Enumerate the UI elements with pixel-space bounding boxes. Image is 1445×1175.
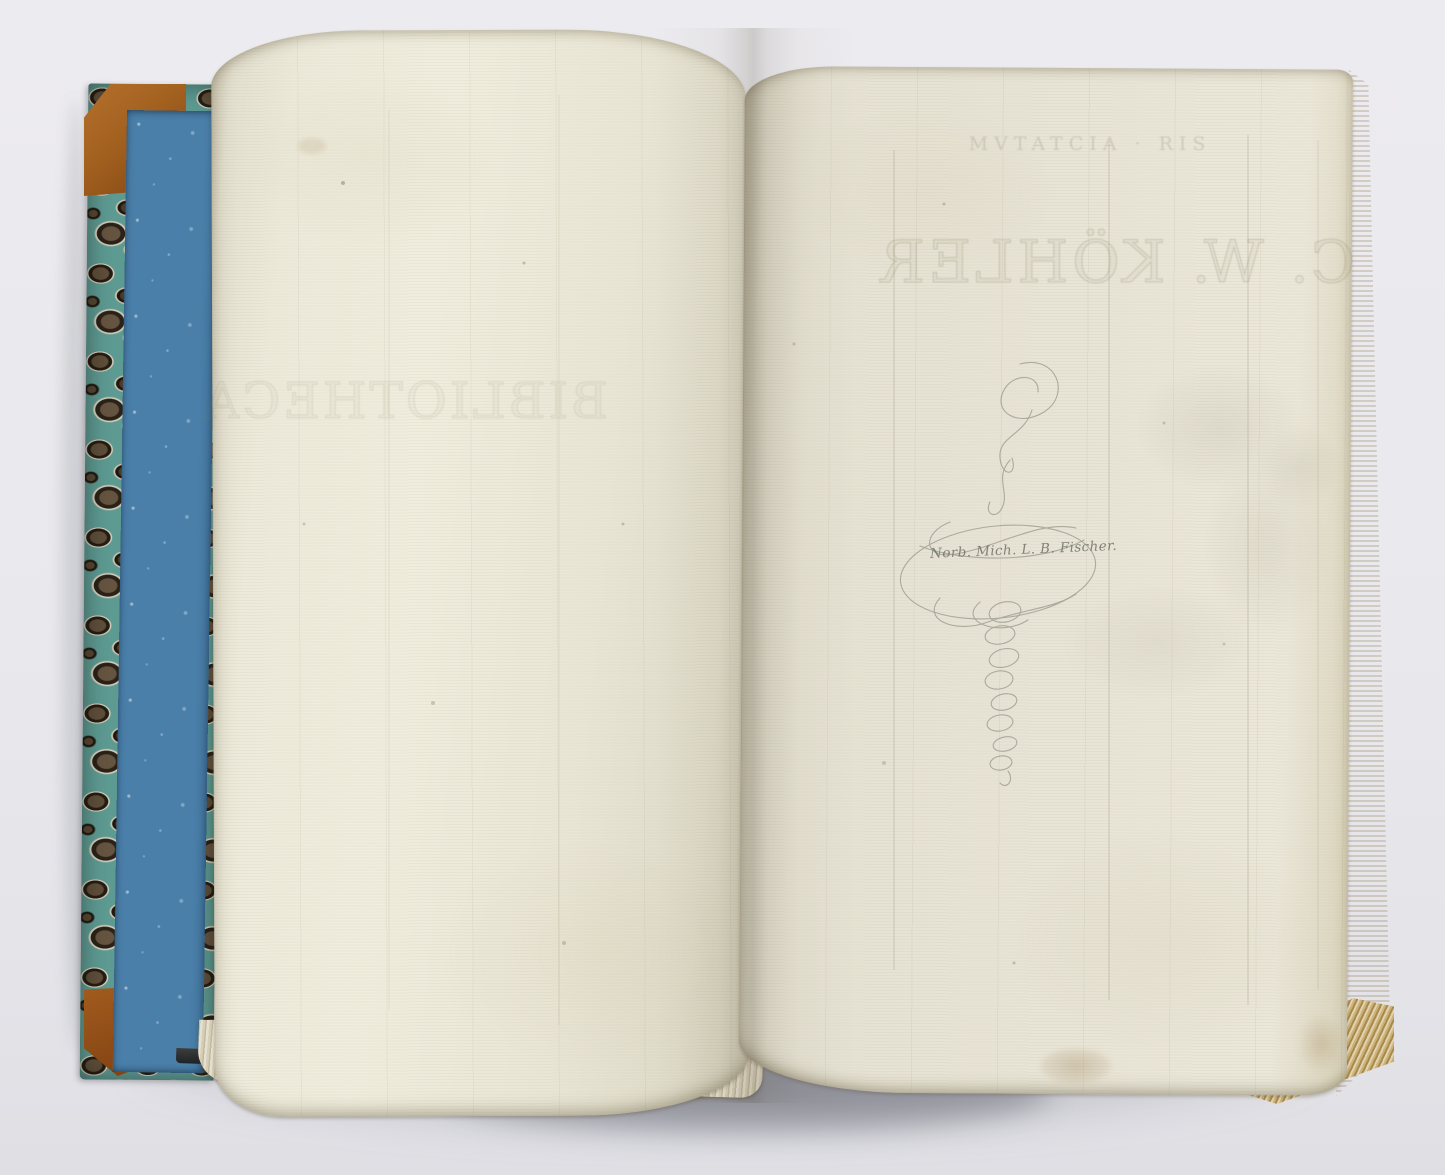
stain-fore-edge <box>1298 1015 1344 1073</box>
showthrough-border-line <box>1317 140 1319 990</box>
inscription-flourish <box>860 350 1120 810</box>
photo-open-antique-book: BIBLIOTHECA MVTATCIA · RIS C. W. KÖHLER <box>0 0 1445 1175</box>
showthrough-right-title: C. W. KÖHLER <box>925 228 1355 296</box>
stain-bottom-right <box>1040 1048 1112 1084</box>
showthrough-header: MVTATCIA · RIS <box>880 133 1300 155</box>
chain-line-left-page <box>558 95 560 1025</box>
blue-flyleaf-edge <box>113 110 217 1073</box>
foxing-spot <box>298 138 326 154</box>
left-blank-page <box>211 29 749 1117</box>
foxing-specks <box>0 0 2 2</box>
showthrough-border-line <box>1247 135 1249 1005</box>
showthrough-left-title: BIBLIOTHECA <box>238 372 608 430</box>
chain-line-left-page <box>388 110 390 1010</box>
